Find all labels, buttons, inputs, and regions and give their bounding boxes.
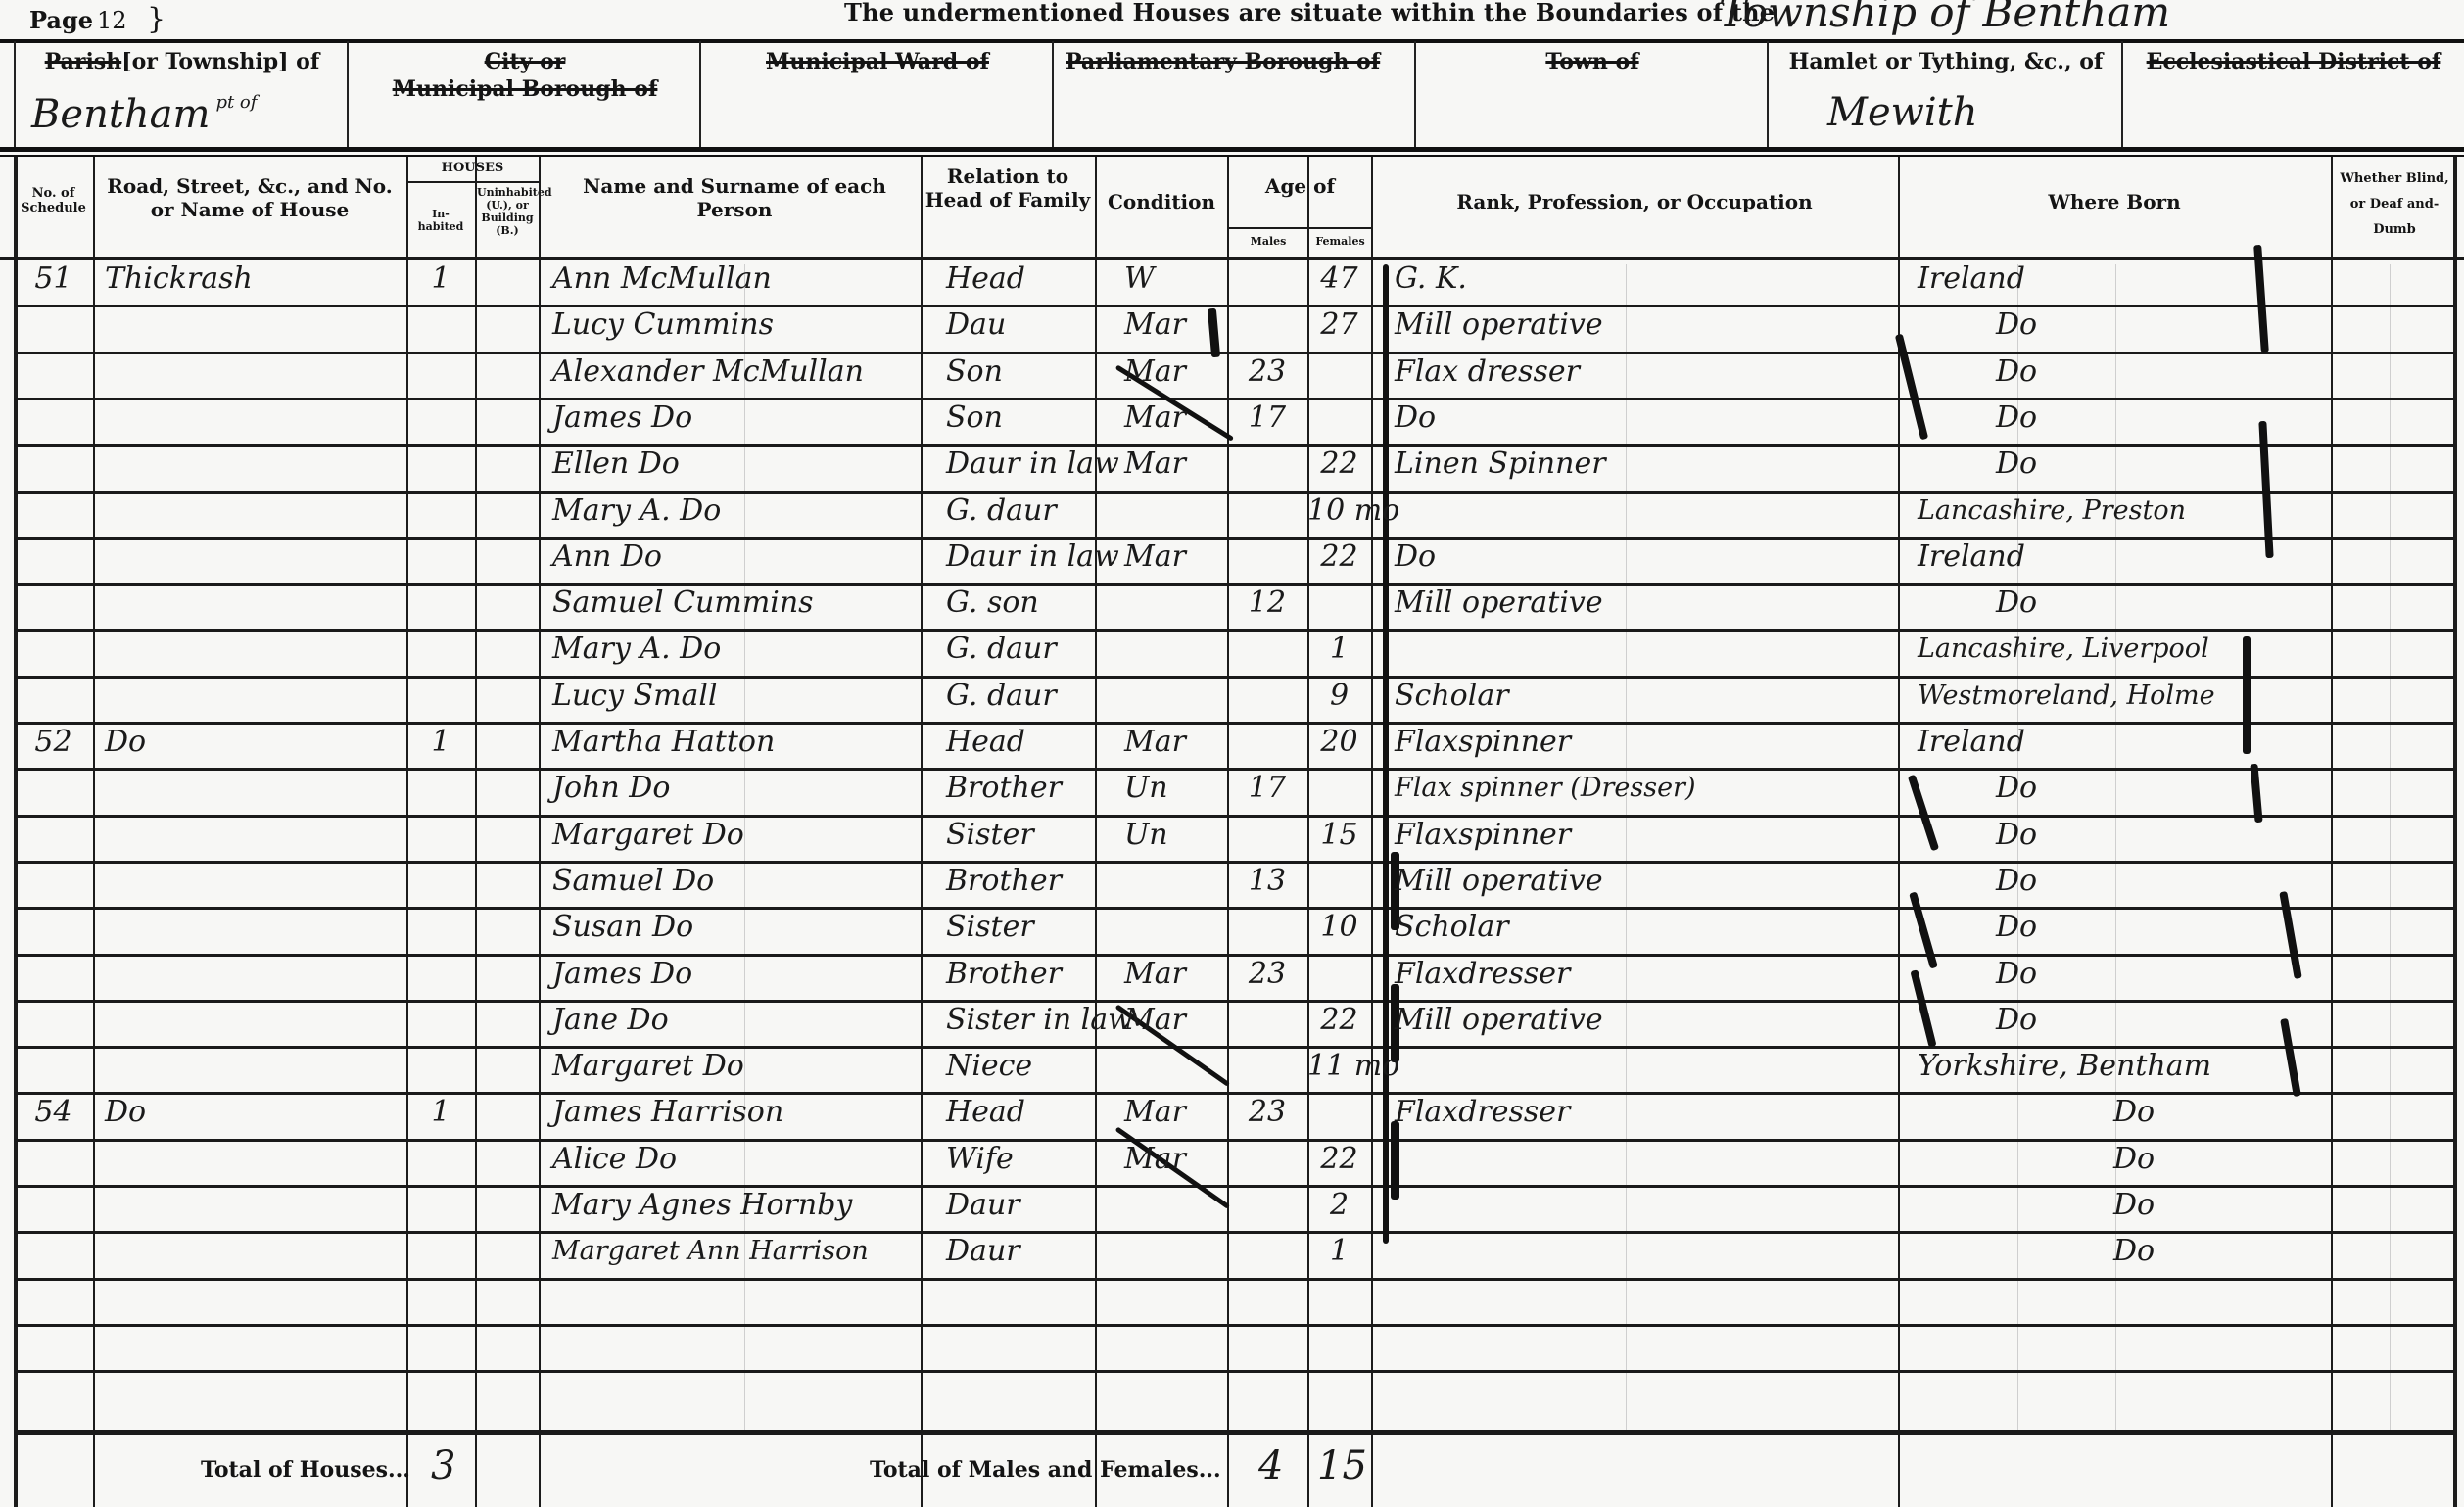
cell-road: Do: [105, 1090, 406, 1135]
place-borough: City or Municipal Borough of: [347, 41, 701, 147]
place-parish-label-struck: Parish: [45, 49, 122, 74]
cell-condition: Mar: [1124, 952, 1227, 997]
row-divider: [14, 1324, 2454, 1327]
row-divider: [14, 1139, 2454, 1142]
cell-females: 10 mo: [1307, 489, 1371, 534]
place-town: Town of: [1414, 41, 1769, 147]
colhead-age-of: Age of: [1229, 174, 1371, 198]
cell-relation: Niece: [946, 1044, 1095, 1089]
cell-where-born: Do: [1996, 581, 2409, 626]
page-label: Page: [29, 6, 93, 34]
column-divider: [93, 157, 95, 1507]
cell-name: Margaret Ann Harrison: [552, 1229, 921, 1274]
cell-name: Samuel Do: [552, 859, 921, 904]
cell-name: John Do: [552, 766, 921, 811]
cell-inhabited: 1: [406, 1090, 475, 1135]
cell-road: Thickrash: [105, 257, 406, 302]
cell-females: 9: [1307, 674, 1371, 719]
cell-females: 20: [1307, 720, 1371, 765]
cell-occupation: G. K.: [1395, 257, 1898, 302]
cell-females: 11 mo: [1307, 1044, 1371, 1089]
divider: [0, 147, 2464, 152]
place-hamlet-value: Mewith: [1827, 90, 1978, 135]
cell-males: 12: [1227, 581, 1307, 626]
cell-road: Do: [105, 720, 406, 765]
column-divider: [1095, 157, 1097, 1507]
cell-males: 13: [1227, 859, 1307, 904]
cell-name: Ann McMullan: [552, 257, 921, 302]
place-ward: Municipal Ward of: [699, 41, 1054, 147]
place-borough-label: City or: [349, 49, 701, 74]
cell-where-born: Do: [1996, 396, 2409, 441]
cell-where-born: Lancashire, Liverpool: [1918, 627, 2331, 672]
place-ecclesiastical-label: Ecclesiastical District of: [2123, 49, 2464, 74]
cell-where-born: Ireland: [1918, 535, 2331, 580]
cell-name: Mary A. Do: [552, 627, 921, 672]
column-divider: [2453, 157, 2457, 1507]
total-males-value: 4: [1258, 1443, 1283, 1488]
column-divider: [921, 157, 923, 1507]
row-divider: [14, 1370, 2454, 1373]
cell-occupation: Do: [1395, 396, 1898, 441]
cell-name: Mary Agnes Hornby: [552, 1183, 921, 1228]
page-number-value: 12: [97, 7, 127, 34]
cell-occupation: Flaxdresser: [1395, 1090, 1898, 1135]
cell-schedule: 52: [14, 720, 93, 765]
cell-name: Ann Do: [552, 535, 921, 580]
cell-condition: Mar: [1124, 350, 1227, 395]
cell-females: 22: [1307, 1137, 1371, 1182]
cell-females: 15: [1307, 813, 1371, 858]
cell-name: Samuel Cummins: [552, 581, 921, 626]
cell-occupation: Mill operative: [1395, 303, 1898, 348]
colhead-houses: HOUSES: [406, 161, 539, 175]
cell-occupation: Flax dresser: [1395, 350, 1898, 395]
colhead-name: Name and Surname of each Person: [558, 174, 911, 221]
cell-condition: Mar: [1124, 998, 1227, 1043]
cell-occupation: Scholar: [1395, 674, 1898, 719]
cell-where-born: Ireland: [1918, 257, 2331, 302]
cell-occupation: Flax spinner (Dresser): [1395, 766, 1898, 811]
row-divider: [14, 1231, 2454, 1234]
divider: [1229, 227, 1371, 229]
cell-males: 17: [1227, 396, 1307, 441]
cell-where-born: Yorkshire, Bentham: [1918, 1044, 2331, 1089]
cell-where-born: Do: [1996, 859, 2409, 904]
cell-occupation: Mill operative: [1395, 859, 1898, 904]
cell-where-born: Do: [2113, 1090, 2464, 1135]
cell-condition: Mar: [1124, 1137, 1227, 1182]
boundaries-text: The undermentioned Houses are situate wi…: [844, 0, 1775, 26]
cell-name: Alexander McMullan: [552, 350, 921, 395]
place-ward-label: Municipal Ward of: [701, 49, 1054, 74]
cell-condition: Mar: [1124, 535, 1227, 580]
column-divider: [539, 157, 541, 1507]
tick-mark: [1383, 264, 1389, 1244]
cell-name: James Harrison: [552, 1090, 921, 1135]
cell-schedule: 54: [14, 1090, 93, 1135]
cell-occupation: Do: [1395, 535, 1898, 580]
cell-relation: Son: [946, 350, 1095, 395]
column-divider: [1371, 157, 1373, 1507]
cell-relation: Brother: [946, 952, 1095, 997]
page-brace: }: [147, 2, 166, 36]
total-females-value: 15: [1317, 1443, 1367, 1488]
cell-females: 22: [1307, 535, 1371, 580]
census-page: Page12 } The undermentioned Houses are s…: [0, 0, 2464, 1507]
cell-occupation: Linen Spinner: [1395, 442, 1898, 487]
tick-mark: [1909, 891, 1938, 968]
cell-where-born: Do: [1996, 442, 2409, 487]
place-parish-value: Bentham: [31, 92, 210, 137]
cell-males: 17: [1227, 766, 1307, 811]
cell-condition: Mar: [1124, 720, 1227, 765]
cell-relation: Son: [946, 396, 1095, 441]
colhead-schedule: No. of Schedule: [14, 186, 93, 215]
cell-condition: Mar: [1124, 442, 1227, 487]
row-divider: [14, 1278, 2454, 1281]
cell-where-born: Do: [1996, 813, 2409, 858]
cell-where-born: Do: [2113, 1229, 2464, 1274]
cell-name: Jane Do: [552, 998, 921, 1043]
cell-condition: Mar: [1124, 1090, 1227, 1135]
cell-inhabited: 1: [406, 257, 475, 302]
cell-where-born: Do: [1996, 766, 2409, 811]
cell-females: 22: [1307, 998, 1371, 1043]
place-town-label: Town of: [1416, 49, 1769, 74]
cell-relation: Daur: [946, 1229, 1095, 1274]
cell-occupation: Flaxspinner: [1395, 813, 1898, 858]
column-divider: [475, 157, 477, 1507]
place-parliamentary-label: Parliamentary Borough of: [1066, 49, 1416, 74]
cell-females: 1: [1307, 627, 1371, 672]
cell-females: 27: [1307, 303, 1371, 348]
cell-occupation: Scholar: [1395, 905, 1898, 950]
colhead-road: Road, Street, &c., and No. or Name of Ho…: [98, 174, 402, 221]
cell-where-born: Do: [1996, 303, 2409, 348]
cell-name: Margaret Do: [552, 813, 921, 858]
cell-relation: Daur in law: [946, 442, 1095, 487]
cell-condition: Un: [1124, 766, 1227, 811]
cell-relation: Dau: [946, 303, 1095, 348]
cell-relation: Sister: [946, 905, 1095, 950]
colhead-uninhabited: Uninhabited (U.), or Building (B.): [477, 186, 538, 237]
cell-where-born: Do: [2113, 1137, 2464, 1182]
cell-relation: Head: [946, 1090, 1095, 1135]
divider: [406, 181, 539, 183]
cell-name: Lucy Small: [552, 674, 921, 719]
cell-females: 2: [1307, 1183, 1371, 1228]
total-houses-value: 3: [431, 1443, 455, 1488]
cell-relation: Brother: [946, 766, 1095, 811]
totals-divider: [14, 1430, 2454, 1435]
cell-relation: G. son: [946, 581, 1095, 626]
colhead-females: Females: [1309, 235, 1371, 248]
cell-name: Susan Do: [552, 905, 921, 950]
page-number: Page12: [29, 6, 127, 34]
colhead-inhabited: In-habited: [409, 208, 472, 233]
cell-where-born: Ireland: [1918, 720, 2331, 765]
cell-relation: Daur in law: [946, 535, 1095, 580]
cell-condition: Mar: [1124, 303, 1227, 348]
cell-males: 23: [1227, 952, 1307, 997]
column-divider: [14, 157, 18, 1507]
cell-where-born: Do: [2113, 1183, 2464, 1228]
cell-females: 22: [1307, 442, 1371, 487]
cell-name: Margaret Do: [552, 1044, 921, 1089]
cell-where-born: Do: [1996, 998, 2409, 1043]
cell-occupation: Mill operative: [1395, 998, 1898, 1043]
cell-relation: Head: [946, 720, 1095, 765]
cell-relation: Sister: [946, 813, 1095, 858]
cell-condition: Mar: [1124, 396, 1227, 441]
cell-schedule: 51: [14, 257, 93, 302]
colhead-males: Males: [1229, 235, 1307, 248]
cell-name: Ellen Do: [552, 442, 921, 487]
place-hamlet-label: Hamlet or Tything, &c., of: [1769, 49, 2123, 74]
cell-name: Mary A. Do: [552, 489, 921, 534]
cell-males: 23: [1227, 1090, 1307, 1135]
cell-occupation: Flaxdresser: [1395, 952, 1898, 997]
divider: [0, 155, 2464, 157]
cell-occupation: Flaxspinner: [1395, 720, 1898, 765]
colhead-condition: Condition: [1097, 190, 1226, 213]
cell-name: Alice Do: [552, 1137, 921, 1182]
place-parliamentary: Parliamentary Borough of: [1052, 41, 1416, 147]
cell-name: James Do: [552, 396, 921, 441]
cell-relation: Brother: [946, 859, 1095, 904]
colhead-where-born: Where Born: [1898, 190, 2331, 213]
cell-where-born: Westmoreland, Holme: [1918, 674, 2331, 719]
cell-females: 10: [1307, 905, 1371, 950]
cell-name: Martha Hatton: [552, 720, 921, 765]
cell-relation: G. daur: [946, 627, 1095, 672]
colhead-occupation: Rank, Profession, or Occupation: [1371, 190, 1898, 213]
tick-mark: [1910, 969, 1936, 1048]
column-divider: [1898, 157, 1900, 1507]
cell-relation: Wife: [946, 1137, 1095, 1182]
cell-name: Lucy Cummins: [552, 303, 921, 348]
cell-relation: Head: [946, 257, 1095, 302]
place-hamlet: Hamlet or Tything, &c., of Mewith: [1767, 41, 2123, 147]
cell-females: 1: [1307, 1229, 1371, 1274]
boundaries-township: Township of Bentham: [1719, 0, 2170, 36]
place-borough-label2: Municipal Borough of: [349, 76, 701, 102]
place-parish-label: [or Township] of: [121, 49, 319, 74]
cell-relation: Sister in law: [946, 998, 1095, 1043]
cell-relation: Daur: [946, 1183, 1095, 1228]
cell-occupation: Mill operative: [1395, 581, 1898, 626]
place-ecclesiastical: Ecclesiastical District of: [2121, 41, 2464, 147]
cell-where-born: Do: [1996, 952, 2409, 997]
cell-name: James Do: [552, 952, 921, 997]
cell-relation: G. daur: [946, 489, 1095, 534]
total-houses-label: Total of Houses...: [201, 1457, 410, 1483]
cell-where-born: Lancashire, Preston: [1918, 489, 2331, 534]
place-parish: Parish[or Township] of Benthampt of: [14, 41, 349, 147]
cell-condition: W: [1124, 257, 1227, 302]
cell-females: 47: [1307, 257, 1371, 302]
colhead-relation: Relation to Head of Family: [923, 165, 1093, 212]
cell-inhabited: 1: [406, 720, 475, 765]
cell-males: 23: [1227, 350, 1307, 395]
cell-where-born: Do: [1996, 905, 2409, 950]
column-divider: [406, 157, 408, 1507]
cell-where-born: Do: [1996, 350, 2409, 395]
place-parish-note: pt of: [215, 92, 257, 113]
cell-condition: Un: [1124, 813, 1227, 858]
cell-relation: G. daur: [946, 674, 1095, 719]
tick-mark: [1908, 775, 1939, 852]
colhead-blind: Whether Blind, or Deaf and-Dumb: [2337, 166, 2452, 243]
total-persons-label: Total of Males and Females...: [870, 1457, 1221, 1483]
row-divider: [14, 1185, 2454, 1188]
